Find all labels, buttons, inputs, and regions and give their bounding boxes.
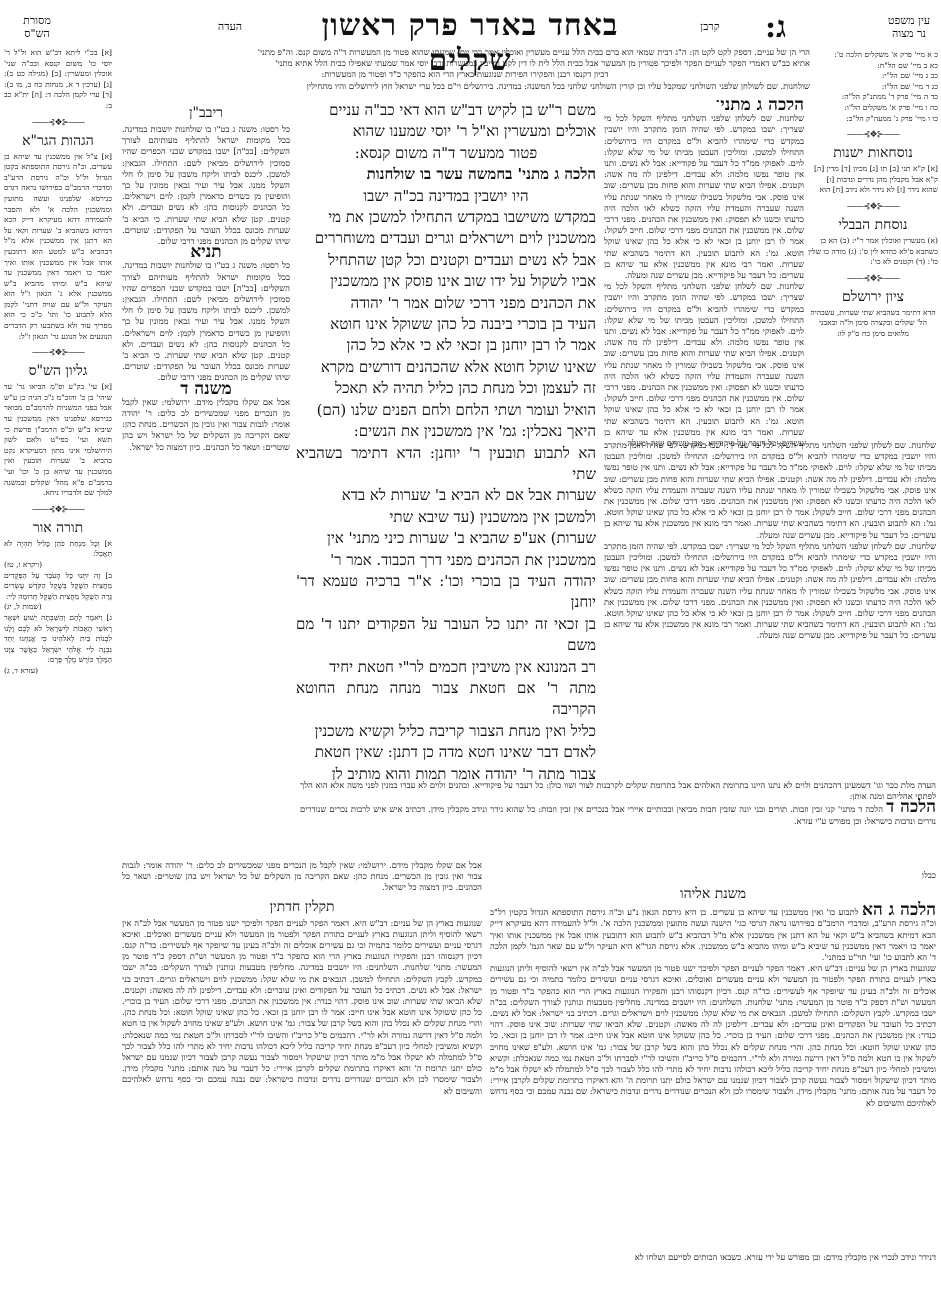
rivav-title: ריבב"ן — [122, 104, 290, 122]
main-line: שערות) אע"פ שהביא ב' שערות כיני מתני' אי… — [296, 528, 596, 549]
main-line: כליל ואין מנחת הצבור קריבה כליל וקשיא מש… — [296, 721, 596, 742]
ein-mishpat-item: כג ד מיי' שם הל"ז: — [808, 82, 938, 93]
bavli-title: נוסחת הבבלי — [808, 216, 938, 234]
tziyun-text: הדא דתימר בשהביא שתי שערות, עשבהיה הל' ש… — [808, 308, 938, 340]
ein-mishpat-item: כד ה מיי' פרק ד' ממתנ"ק הל"ה: — [808, 92, 938, 103]
main-line: רב המנונא אין משיבין חכמים לר"י חטאת יחי… — [296, 657, 596, 678]
korban-label: קרבן — [690, 20, 730, 33]
gilyon-text: [א] עי' בק"ע ופ"מ הביאו גר' עד שיהי' בן … — [4, 382, 112, 499]
top-line-3: דכיון דקנסו רבנן והפקירו הפירות שנוגעות … — [120, 69, 810, 80]
torah-ref: (שמות ל, יג) — [4, 602, 112, 613]
mishnat-eliyahu-continuation: שנוגעות בארץ הן של עניים: דב"ש היא. דאמר… — [490, 963, 936, 1109]
ein-mishpat-title: עין משפט — [880, 14, 938, 27]
hashas-title: הש"ס — [12, 27, 62, 40]
top-line-4: שולחנות. שם לשולחן שלפני השולחני שמקבל ע… — [120, 81, 810, 92]
ornament-divider: ——⊰❖⊱—— — [808, 202, 938, 212]
ornament-divider: ——⊰❖⊱—— — [4, 118, 112, 128]
bavli-text: (א) מעשרין ואוכלין אמר ר"י: (ב) הא בן כש… — [808, 236, 938, 268]
top-commentary: הרי הן של עניים. דספק לקט לקט הן: ה"ג דב… — [120, 47, 810, 95]
torah-ref: (ויקרא ו, טז) — [4, 560, 112, 571]
main-line: משם ר"ש בן לקיש דב"ש הוא דאי כב"ה עניים — [296, 100, 596, 121]
main-line: הואיל ועומר ושתי הלחם ולחם הפנים שלנו (ה… — [296, 400, 596, 421]
masoret-title: מסורת — [12, 14, 62, 27]
korban-text: שלחנות. שם לשלחן שלפני השלחני מתליף השקל… — [604, 113, 804, 281]
bottom-line: דנידר ונידב לנכרי אין מקבלין מידם: וכן מ… — [122, 1252, 936, 1266]
main-line: העיד בן בוכרי ביבנה כל כהן ששוקל אינו חו… — [296, 314, 596, 335]
main-line: את הכהנים מפני דרכי שלום אמר ר' יהודה — [296, 293, 596, 314]
main-line: ממשכנין לוים וישראלים וגרים ועבדים משוחר… — [296, 228, 596, 249]
korban-closing: כבלו — [490, 870, 936, 881]
korban-lower: העדה מלת ככר וגו' דשמעינן דהכהנים ולוים … — [300, 780, 936, 865]
torah-verse: ג] וַיֹּאמֶר לָהֶם וְהַשַּׁבְּתָה יֵשׁוּ… — [4, 613, 112, 666]
gilyon-title: גליון הש"ס — [4, 362, 112, 380]
tanya-label: תניא — [190, 247, 221, 258]
ein-mishpat-item: כ א מיי' פרק א' משקלים הלכה ט': — [808, 50, 938, 61]
daf-number: ג: — [765, 10, 786, 45]
korban-haedah-wide: שלחנות. שם לשלחן שלפני השלחני מתליף השקל… — [604, 440, 936, 785]
main-line: צבור מתה ר' יהודה אומר תמות והוא מותיב ל… — [296, 764, 596, 780]
ornament-divider: ——⊰❖⊱—— — [4, 505, 112, 515]
mishna-4-label: משנה ד — [180, 384, 232, 395]
ein-mishpat-item: כו ו מיי' פרק ג' ממעה"ק הל"ב: — [808, 114, 938, 125]
main-line: בן זכאי זה יתנו כל העובר על הפקודים יתנו… — [296, 614, 596, 657]
hagahot-title: הגהות הגר"א — [4, 132, 112, 150]
main-line: היאך נאכלין: גמ' אין ממשכנין את הנשים: — [296, 421, 596, 442]
korban-halacha-4-label: הלכה ד — [886, 802, 936, 813]
main-line: יהודה העיד בן בוכרי וכו': א"ר ברכיה טעמא… — [296, 571, 596, 614]
rivav-column: ריבב"ן כל רסטו: משנה ג בט"ו בו שולחנות י… — [122, 100, 290, 860]
korban-text: שלחנות. שם לשלחן שלפני השלחני מתליף השקל… — [604, 281, 804, 449]
tziyun-title: ציון ירושלם — [808, 288, 938, 306]
main-line: ולמשכן אין ממשכנין (עד שיבא שתי — [296, 507, 596, 528]
ein-mishpat-item: כא ב מיי' שם הל"ח: — [808, 61, 938, 72]
rivav-text: כל רסטו: משנה ג בט"ו בו שולחנות יושבות ב… — [122, 124, 290, 247]
masoret-label: מסורת הש"ס — [12, 14, 62, 40]
nuschaot-title: נוסחאות ישנות — [808, 144, 938, 162]
ein-mishpat-label: עין משפט נר מצוה — [880, 14, 938, 40]
tiklin-chadtin-title: תקלין חדתין — [122, 898, 482, 916]
torah-verse: ב] זֶה יִתְּנוּ כָּל הָעֹבֵר עַל הַפְּקֻ… — [4, 571, 112, 603]
korban-halacha-4-text: הלכה ד מתני' קני זבין וזבות. תורים ובני … — [300, 804, 936, 825]
mishnat-eliyahu-column: כבלו משנת אליהו הלכה ג הא לתבוע כו' ואין… — [490, 870, 936, 1255]
main-line: ממשכנין את הכהנים מפני דרך הכבוד. אמר ר' — [296, 550, 596, 571]
ornament-divider: ——⊰❖⊱—— — [808, 130, 938, 140]
korban-text: שלחנות. שם לשלחן שלפני השלחני מתליף השקל… — [604, 541, 936, 642]
top-line-2: אתיא כב"ש דאמרי הפקר לעניים הפקר ולפיכך … — [120, 58, 810, 69]
main-line: אביו לשקול על ידו שוב אינו פוסק אין ממשכ… — [296, 271, 596, 292]
main-line: אמר לו רבן יוחנן בן זכאי לא כי אלא כל כה… — [296, 335, 596, 356]
ein-mishpat-item: כה ו מיי' פרק א' משקלים הל"ו: — [808, 103, 938, 114]
torah-verse: א] וְכָל מִנְחַת כֹּהֵן כָּלִיל תִּהְיֶה… — [4, 539, 112, 560]
mishnat-eliyahu-label: הלכה ג הא — [862, 905, 936, 916]
ein-mishpat-column: כ א מיי' פרק א' משקלים הלכה ט': כא ב מיי… — [808, 50, 938, 490]
tiklin-chadtin-text: שנוגעות בארץ הן של עניים: דב"ש היא. דאמר… — [122, 918, 482, 1097]
nuschaot-text: [א] ק"א תני [ב] תו [ג] מכיון [ד] מדין [ה… — [808, 164, 938, 196]
korban-text: שלחנות. שם לשלחן שלפני השלחני מתליף השקל… — [604, 440, 936, 541]
main-line: במקדש משישבו במקדש התחילו למשכן את מי — [296, 207, 596, 228]
tiklin-lead: אבל אם שקלו מקבלין מידם. ירושלמי: שאין ל… — [122, 860, 482, 894]
torah-ref: (עזרא ד, ג) — [4, 666, 112, 677]
torah-or-title: תורה אור — [4, 519, 112, 537]
ornament-divider: ——⊰❖⊱—— — [4, 348, 112, 358]
main-line: שערות אבל אם לא הביא ב' שערות לא בדא — [296, 485, 596, 506]
tiklin-chadtin-column: אבל אם שקלו מקבלין מידם. ירושלמי: שאין ל… — [122, 860, 482, 1255]
ornament-divider: ——⊰❖⊱—— — [808, 274, 938, 284]
main-line: הא לתבוע תובעין ר' יוחנן: הדא דתימר בשהב… — [296, 443, 596, 486]
korban-lower-text: העדה מלת ככר וגו' דשמעינן דהכהנים ולוים … — [300, 780, 936, 802]
ein-mishpat-item: כב ג מיי' שם הל"י: — [808, 71, 938, 82]
main-line: זה לעצמן וכל מנחת כהן כליל תהיה לא תאכל — [296, 378, 596, 399]
masoret-text: [א] בכ"י ליתא דב"ש הוא ול"ל ר' יוסי כו' … — [4, 48, 112, 112]
rivav-text-2: אבל אם שקלו מקבלין מידם. ירושלמי: שאין ל… — [122, 397, 290, 453]
main-line: אבל לא נשים ועבדים וקטנים וכל קטן שהתחיל — [296, 250, 596, 271]
main-line: אוכלים ומעשרין וא"ל ר' יוסי שמענו שהוא — [296, 121, 596, 142]
main-line: מתה ר' אם חטאת צבור מנחה מנחת החוטא הקרי… — [296, 678, 596, 721]
main-line: פטור ממעשר ד"ה משום קנסא: — [296, 143, 596, 164]
main-line: הלכה ג מתני' בחמשה עשר בו שולחנות — [296, 164, 596, 185]
hagahot-text: [א] צ"ל אין ממשכנין עד שיהא בן עשרים. וכ… — [4, 152, 112, 343]
main-line: שאינו שוקל חוטא אלא שהכהנים דורשים מקרא — [296, 357, 596, 378]
korban-halacha-label: הלכה ג מתני' — [715, 100, 804, 111]
main-line: לאדם דבר שאינו חטא מדה כן דתנן: שאין חטא… — [296, 742, 596, 763]
ner-mitzvah-title: נר מצוה — [880, 27, 938, 40]
main-text: משם ר"ש בן לקיש דב"ש הוא דאי כב"ה עניים … — [296, 100, 596, 780]
haedah-label: העדה — [210, 20, 250, 33]
masoret-column: [א] בכ"י ליתא דב"ש הוא ול"ל ר' יוסי כו' … — [4, 48, 112, 1238]
top-line-1: הרי הן של עניים. דספק לקט לקט הן: ה"ג דב… — [120, 47, 810, 58]
main-line: היו יושבין במדינה בכ"ה ישבו — [296, 186, 596, 207]
rivav-text: כל רסטו: משנה ג בט"ו בו שולחנות יושבות ב… — [122, 260, 290, 383]
